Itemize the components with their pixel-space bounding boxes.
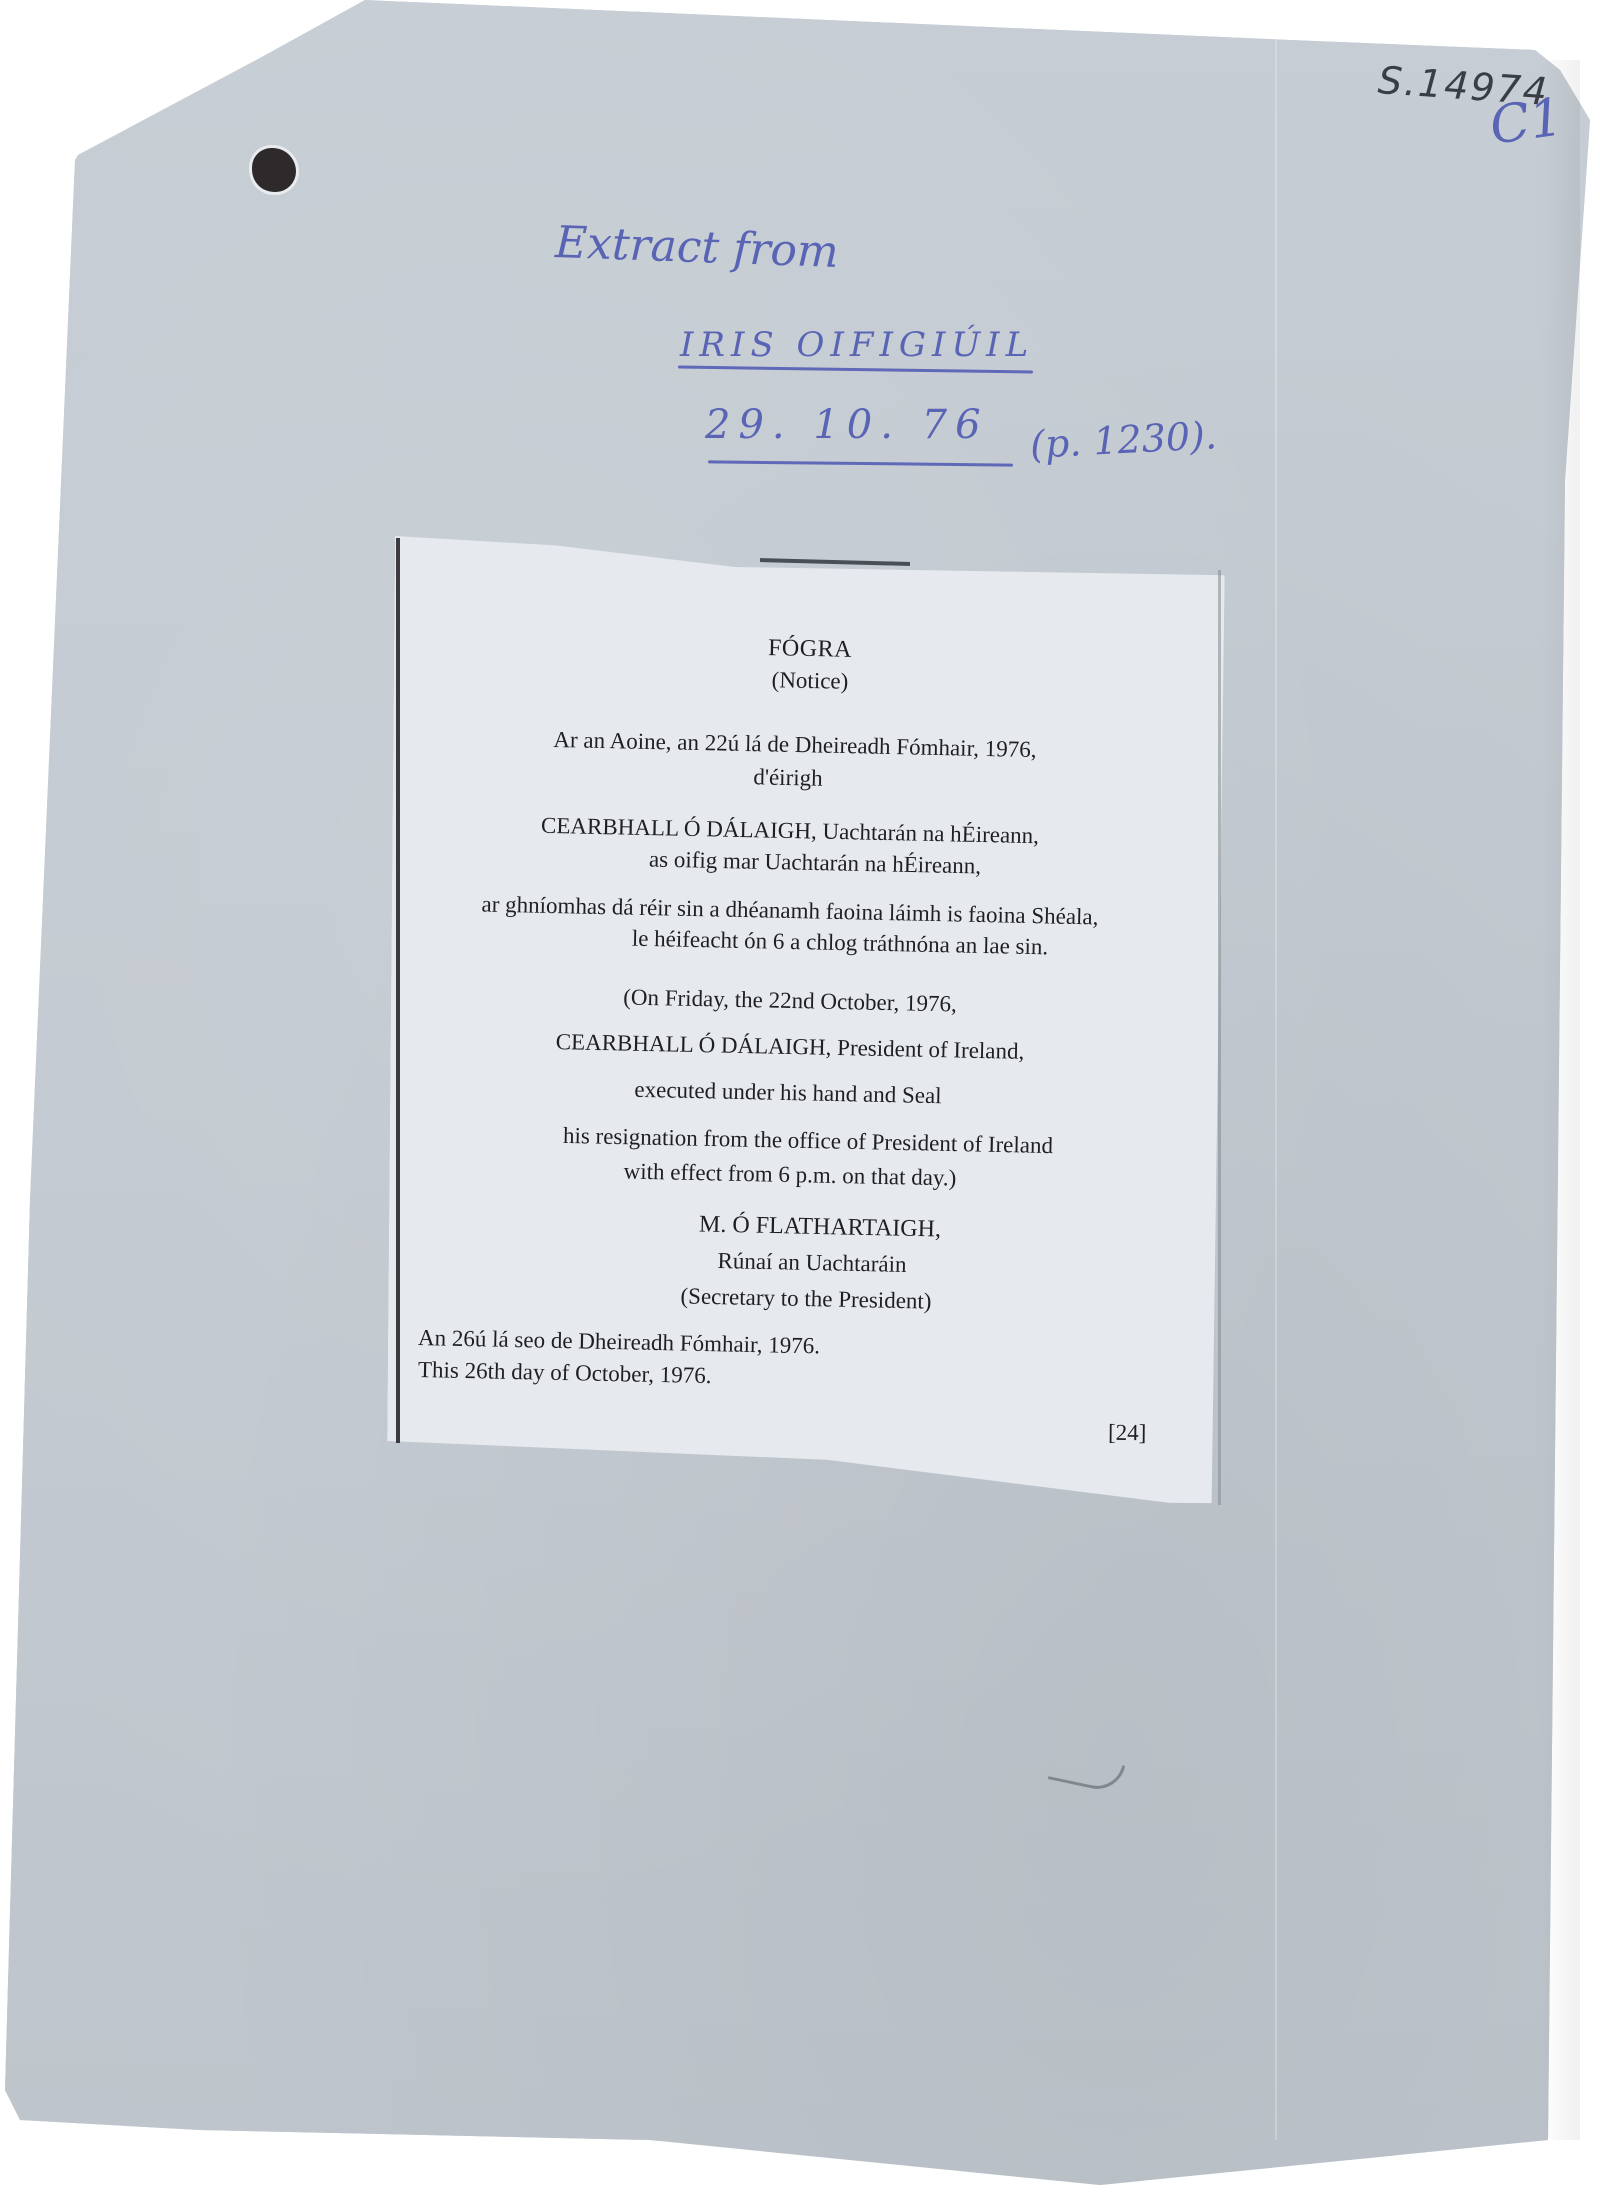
handwritten-note-line1: Extract from — [554, 217, 839, 278]
reference-initial: C1 — [1486, 87, 1567, 157]
irish-text-line: d'éirigh — [753, 764, 823, 791]
notice-title: FÓGRA — [768, 635, 852, 664]
handwritten-note-source: IRIS OIFIGIÚIL — [680, 325, 1034, 365]
gazette-reference: [24] — [1108, 1420, 1147, 1446]
clipping-edge — [396, 538, 400, 1443]
signatory-name: M. Ó FLATHARTAIGH, — [699, 1211, 941, 1243]
hole-punch-icon — [252, 148, 296, 192]
sheet-edge-shadow — [1540, 60, 1580, 2140]
notice-subtitle: (Notice) — [771, 667, 848, 695]
signatory-title-irish: Rúnaí an Uachtaráin — [717, 1248, 907, 1278]
sheet-fold-line — [1275, 40, 1277, 2140]
handwritten-note-date: 29. 10. 76 — [705, 402, 989, 448]
clipping-edge — [1218, 570, 1221, 1505]
signatory-title-english: (Secretary to the President) — [680, 1283, 931, 1314]
